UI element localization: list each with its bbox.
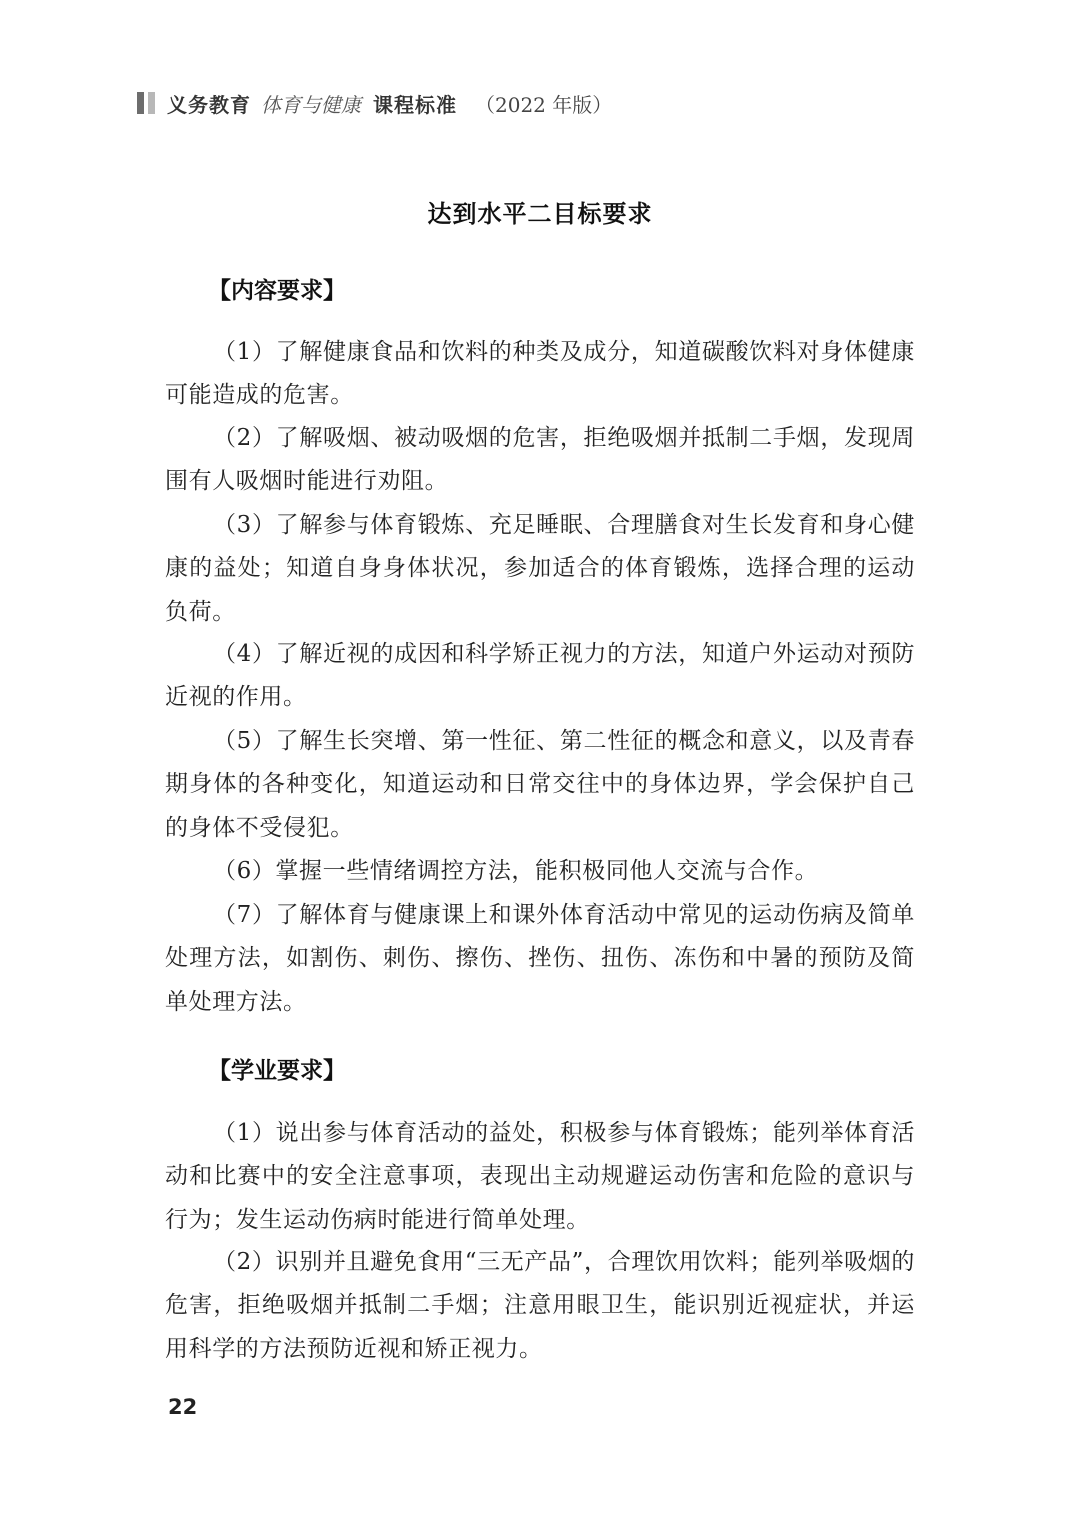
header-edition: （2022 年版） [475, 89, 612, 118]
section-heading-academic: 【学业要求】 [208, 1052, 346, 1085]
academic-item-1: （1）说出参与体育活动的益处，积极参与体育锻炼；能列举体育活动和比赛中的安全注意… [165, 1112, 915, 1242]
header-bars-icon [137, 92, 155, 114]
content-item-5: （5）了解生长突增、第一性征、第二性征的概念和意义，以及青春期身体的各种变化，知… [165, 720, 915, 850]
header-subject: 体育与健康 [261, 89, 361, 118]
header-standard: 课程标准 [373, 89, 457, 118]
section-heading-content: 【内容要求】 [208, 272, 346, 305]
content-item-6: （6）掌握一些情绪调控方法，能积极同他人交流与合作。 [165, 850, 915, 893]
header-series: 义务教育 [167, 89, 251, 118]
academic-item-2: （2）识别并且避免食用“三无产品”，合理饮用饮料；能列举吸烟的危害，拒绝吸烟并抵… [165, 1241, 915, 1371]
running-header: 义务教育 体育与健康 课程标准 （2022 年版） [137, 88, 612, 118]
content-item-2: （2）了解吸烟、被动吸烟的危害，拒绝吸烟并抵制二手烟，发现周围有人吸烟时能进行劝… [165, 417, 915, 504]
page-title: 达到水平二目标要求 [0, 194, 1080, 229]
content-item-1: （1）了解健康食品和饮料的种类及成分，知道碳酸饮料对身体健康可能造成的危害。 [165, 331, 915, 418]
content-item-4: （4）了解近视的成因和科学矫正视力的方法，知道户外运动对预防近视的作用。 [165, 633, 915, 720]
content-item-7: （7）了解体育与健康课上和课外体育活动中常见的运动伤病及简单处理方法，如割伤、刺… [165, 894, 915, 1024]
content-item-3: （3）了解参与体育锻炼、充足睡眠、合理膳食对生长发育和身心健康的益处；知道自身身… [165, 504, 915, 634]
page-number: 22 [168, 1395, 197, 1419]
